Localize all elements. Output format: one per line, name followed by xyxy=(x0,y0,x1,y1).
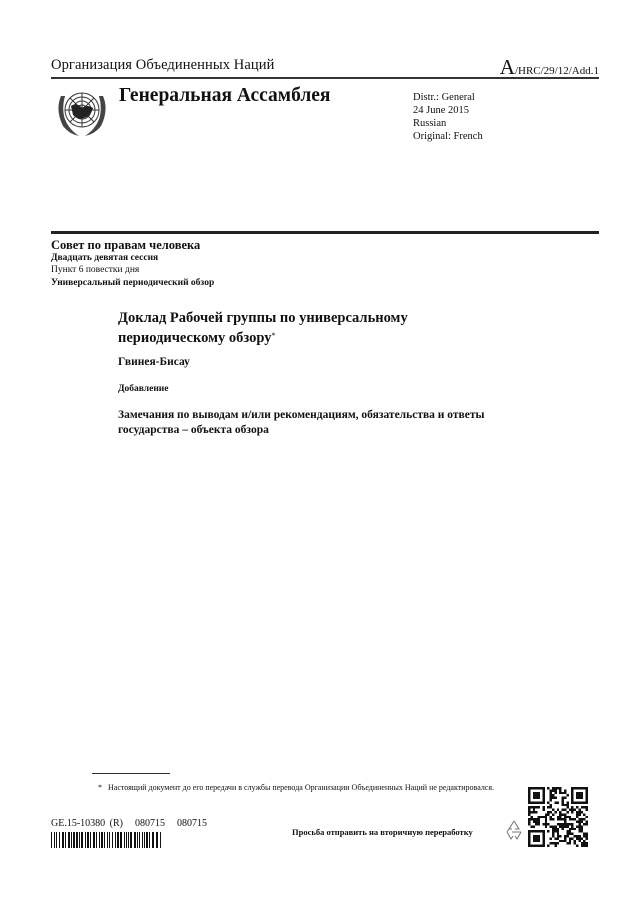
topic: Универсальный периодический обзор xyxy=(51,278,214,288)
report-title-text: Доклад Рабочей группы по универсальному … xyxy=(118,310,408,346)
doc-number: GE.15-10380 (R) xyxy=(51,818,123,829)
barcode-icon xyxy=(51,832,161,848)
addendum-label: Добавление xyxy=(118,384,169,394)
agenda-item: Пункт 6 повестки дня xyxy=(51,265,139,275)
qr-code-icon xyxy=(528,787,588,847)
session-name: Двадцать девятая сессия xyxy=(51,253,158,263)
distr-line: Distr.: General xyxy=(413,91,483,104)
footnote-mark[interactable]: * xyxy=(271,331,275,340)
recycle-icon xyxy=(502,818,526,842)
organization-name: Организация Объединенных Наций xyxy=(51,57,275,74)
footnote-mark-bottom: * xyxy=(98,782,102,794)
symbol-prefix: A xyxy=(500,55,515,79)
report-subtitle: Замечания по выводам и/или рекомендациям… xyxy=(118,408,518,437)
original-line: Original: French xyxy=(413,130,483,143)
recycle-note: Просьба отправить на вторичную переработ… xyxy=(292,827,473,837)
footnote: * Настоящий документ до его передачи в с… xyxy=(108,782,518,794)
report-title: Доклад Рабочей группы по универсальному … xyxy=(118,310,478,347)
header-rule xyxy=(51,77,599,79)
country-name: Гвинея-Бисау xyxy=(118,356,190,368)
date-code-1: 080715 xyxy=(135,818,165,829)
language-line: Russian xyxy=(413,117,483,130)
section-rule xyxy=(51,231,599,234)
date-line: 24 June 2015 xyxy=(413,104,483,117)
assembly-title: Генеральная Ассамблея xyxy=(119,85,330,107)
footnote-rule xyxy=(92,773,170,774)
symbol-rest: /HRC/29/12/Add.1 xyxy=(515,65,599,77)
date-code-2: 080715 xyxy=(177,818,207,829)
footnote-text: Настоящий документ до его передачи в слу… xyxy=(108,783,494,792)
council-name: Совет по правам человека xyxy=(51,238,200,253)
document-number-line: GE.15-10380 (R)080715080715 xyxy=(51,818,219,829)
distribution-block: Distr.: General 24 June 2015 Russian Ori… xyxy=(413,91,483,143)
un-emblem-icon xyxy=(51,82,113,140)
